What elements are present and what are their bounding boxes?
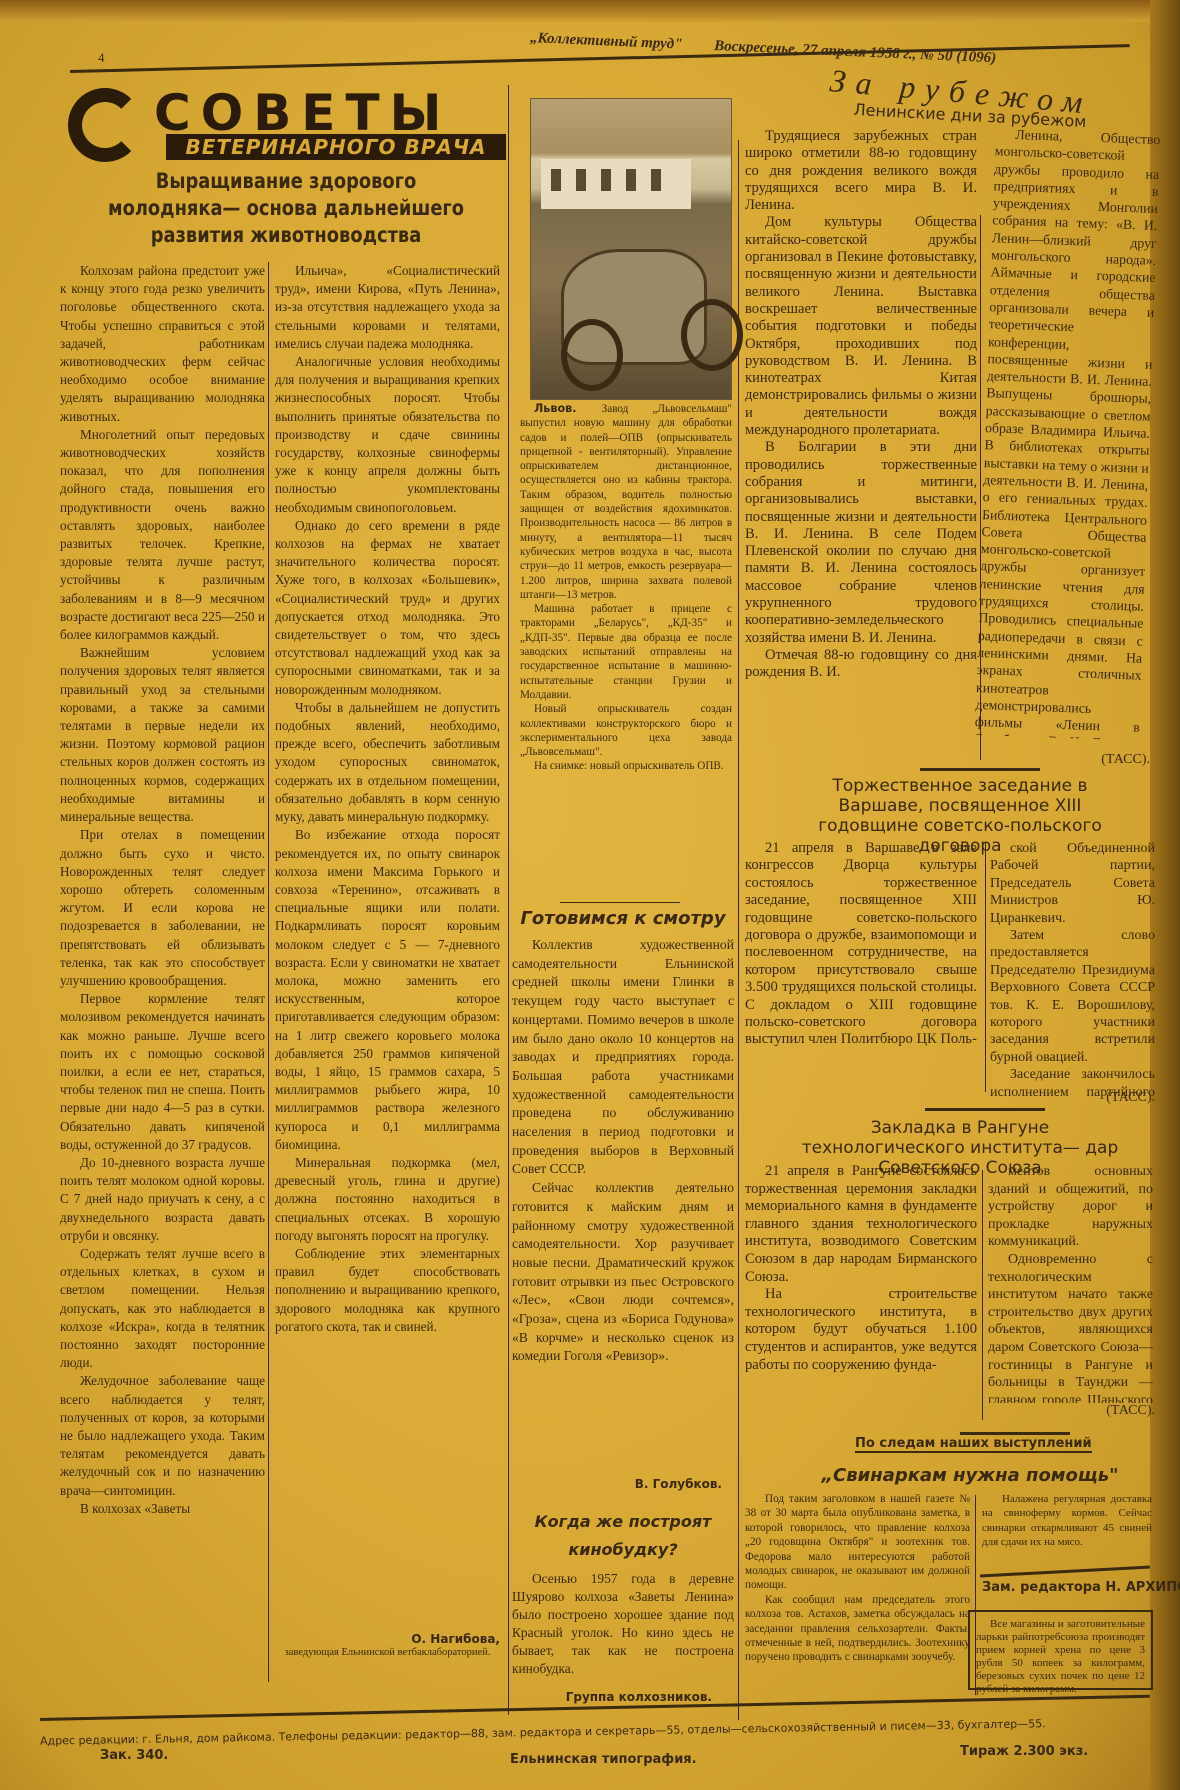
vet-signature: О. Нагибова, [275,1632,500,1646]
photo-caption: Львов. Завод „Львовсельмаш" выпустил нов… [520,402,732,774]
paragraph: ментов основных зданий и общежитий, по у… [988,1163,1153,1251]
column-rule [268,262,269,1682]
warsaw-source: (ТАСС). [1090,1090,1155,1106]
lenin-days-column-2: Ленина, Общество монгольско-советской др… [974,125,1160,740]
rangoon-source: (ТАСС). [1090,1403,1155,1419]
smotr-signature: В. Голубков. [512,1477,722,1491]
paragraph: Осенью 1957 года в деревне Шуярово колхо… [512,1570,734,1678]
paragraph: Ленина, Общество монгольско-советской др… [974,125,1160,740]
vet-signature-block: О. Нагибова, заведующая Ельнинской ветба… [275,1632,500,1659]
caption-paragraph: Машина работает в прицепе с тракторами „… [520,602,732,702]
paragraph: Сейчас коллектив деятельно готовится к м… [512,1179,734,1366]
logo-band: ВЕТЕРИНАРНОГО ВРАЧА [166,134,506,160]
divider [920,768,1040,771]
paragraph: Важнейшим условием получения здоровых те… [60,644,265,826]
paragraph: Как сообщил нам председатель этого колхо… [745,1593,970,1665]
vet-column-1: Колхозам района предстоит уже к концу эт… [60,262,265,1682]
paragraph: Коллектив художественной самодеятельност… [512,936,734,1179]
lenin-days-source: (ТАСС). [1090,752,1150,768]
newspaper-name: „Коллективный труд" [530,30,683,53]
paragraph: Желудочное заболевание чаще всего наблюд… [60,1372,265,1499]
kinobudka-headline: Когда же построят кинобудку? [512,1508,734,1564]
caption-paragraph: Львов. Завод „Львовсельмаш" выпустил нов… [520,402,732,602]
divider [980,1566,1150,1578]
paragraph: В Болгарии в эти дни проводились торжест… [745,439,977,647]
paragraph: 21 апреля в Рангуне состоялась торжестве… [745,1163,977,1286]
vet-signature-role: заведующая Ельнинской ветбаклабораторией… [275,1646,500,1659]
paragraph: Под таким заголовком в нашей газете № 38… [745,1492,970,1593]
kinobudka-article: Осенью 1957 года в деревне Шуярово колхо… [512,1570,734,1690]
vet-headline: Выращивание здорового молодняка— основа … [99,168,473,249]
paragraph: Чтобы в дальнейшем не допустить подобных… [275,699,500,826]
editorial-address: Адрес редакции: г. Ельня, дом райкома. Т… [40,1715,1150,1747]
newspaper-page: 4 „Коллективный труд" Воскресенье, 27 ап… [0,0,1180,1790]
paragraph: Содержать телят лучше всего в отдельных … [60,1245,265,1372]
follow-up-headline: „Свинаркам нужна помощь" [820,1465,1120,1486]
paragraph: Аналогичные условия необходимы для получ… [275,353,500,517]
warsaw-column-1: 21 апреля в Варшаве в зале конгрессов Дв… [745,840,977,1105]
warsaw-column-2: ской Объединенной Рабочей партии, Предсе… [990,840,1155,1100]
paragraph: Трудящиеся зарубежных стран широко отмет… [745,128,977,214]
paragraph: Ильича», «Социалистический труд», имени … [275,262,500,353]
paragraph: Одновременно с технологическим институто… [988,1251,1153,1403]
paragraph: Соблюдение этих элементарных правил буде… [275,1245,500,1336]
paragraph: Первое кормление телят молозивом рекомен… [60,990,265,1154]
printer-name: Ельнинская типография. [510,1752,697,1767]
caption-paragraph: Новый опрыскиватель создан коллективами … [520,702,732,759]
column-rule [508,85,509,1715]
paragraph: До 10-дневного возраста лучше поить теля… [60,1154,265,1245]
tractor-sprayer-photo [530,98,732,400]
page-number: 4 [98,50,105,66]
paragraph: В колхозах «Заветы [60,1500,265,1518]
column-rule [982,1170,983,1420]
smotr-headline: Готовимся к смотру [512,908,734,929]
divider-star [560,902,680,903]
paragraph: На строительстве технологического инстит… [745,1286,977,1374]
divider [960,1432,1070,1435]
caption-paragraph: На снимке: новый опрыскиватель ОПВ. [520,759,732,773]
paragraph: Минеральная подкормка (мел, древесный уг… [275,1154,500,1245]
paragraph: При отелах в помещении должно быть сухо … [60,826,265,990]
kinobudka-signature: Группа колхозников. [512,1690,712,1704]
paragraph: 21 апреля в Варшаве в зале конгрессов Дв… [745,840,977,1049]
paragraph: ской Объединенной Рабочей партии, Предсе… [990,840,1155,927]
order-number: Зак. 340. [100,1748,168,1763]
rangoon-column-2: ментов основных зданий и общежитий, по у… [988,1163,1153,1403]
follow-up-column-2: Налажена регулярная доставка на свинофер… [982,1492,1152,1552]
paragraph: Затем слово предоставляется Председателю… [990,927,1155,1066]
follow-up-column-1: Под таким заголовком в нашей газете № 38… [745,1492,970,1692]
paragraph: Многолетний опыт передовых животноводчес… [60,426,265,644]
lenin-days-column-1: Трудящиеся зарубежных стран широко отмет… [745,128,977,758]
follow-up-rubric: По следам наших выступлений [855,1436,1092,1453]
column-rule [738,140,739,1720]
circulation: Тираж 2.300 экз. [960,1744,1088,1759]
ad-box: Все магазины и заготовительные ларьки ра… [968,1610,1153,1690]
vet-column-2: Ильича», «Социалистический труд», имени … [275,262,500,1632]
column-rule [985,842,986,1092]
paragraph: Дом культуры Общества китайско-советской… [745,214,977,439]
page-shadow-top [0,0,1180,22]
horse-head-emblem-icon [68,88,142,162]
paragraph: Налажена регулярная доставка на свинофер… [982,1492,1152,1550]
divider [925,1108,1045,1111]
paragraph: Колхозам района предстоит уже к концу эт… [60,262,265,426]
rangoon-column-1: 21 апреля в Рангуне состоялась торжестве… [745,1163,977,1418]
caption-lead: Львов. [534,402,602,415]
paragraph: Во избежание отхода поросят рекомендуетс… [275,826,500,1154]
paragraph: Отмечая 88-ю годовщину со дня рождения В… [745,647,977,682]
deputy-editor: Зам. редактора Н. АРХИПОВА. [982,1580,1180,1595]
vet-column-logo: СОВЕТЫ ВЕТЕРИНАРНОГО ВРАЧА [68,88,508,168]
smotr-article: Коллектив художественной самодеятельност… [512,936,734,1386]
ad-text: Все магазины и заготовительные ларьки ра… [976,1618,1145,1696]
paragraph: Однако до сего времени в ряде колхозов н… [275,517,500,699]
